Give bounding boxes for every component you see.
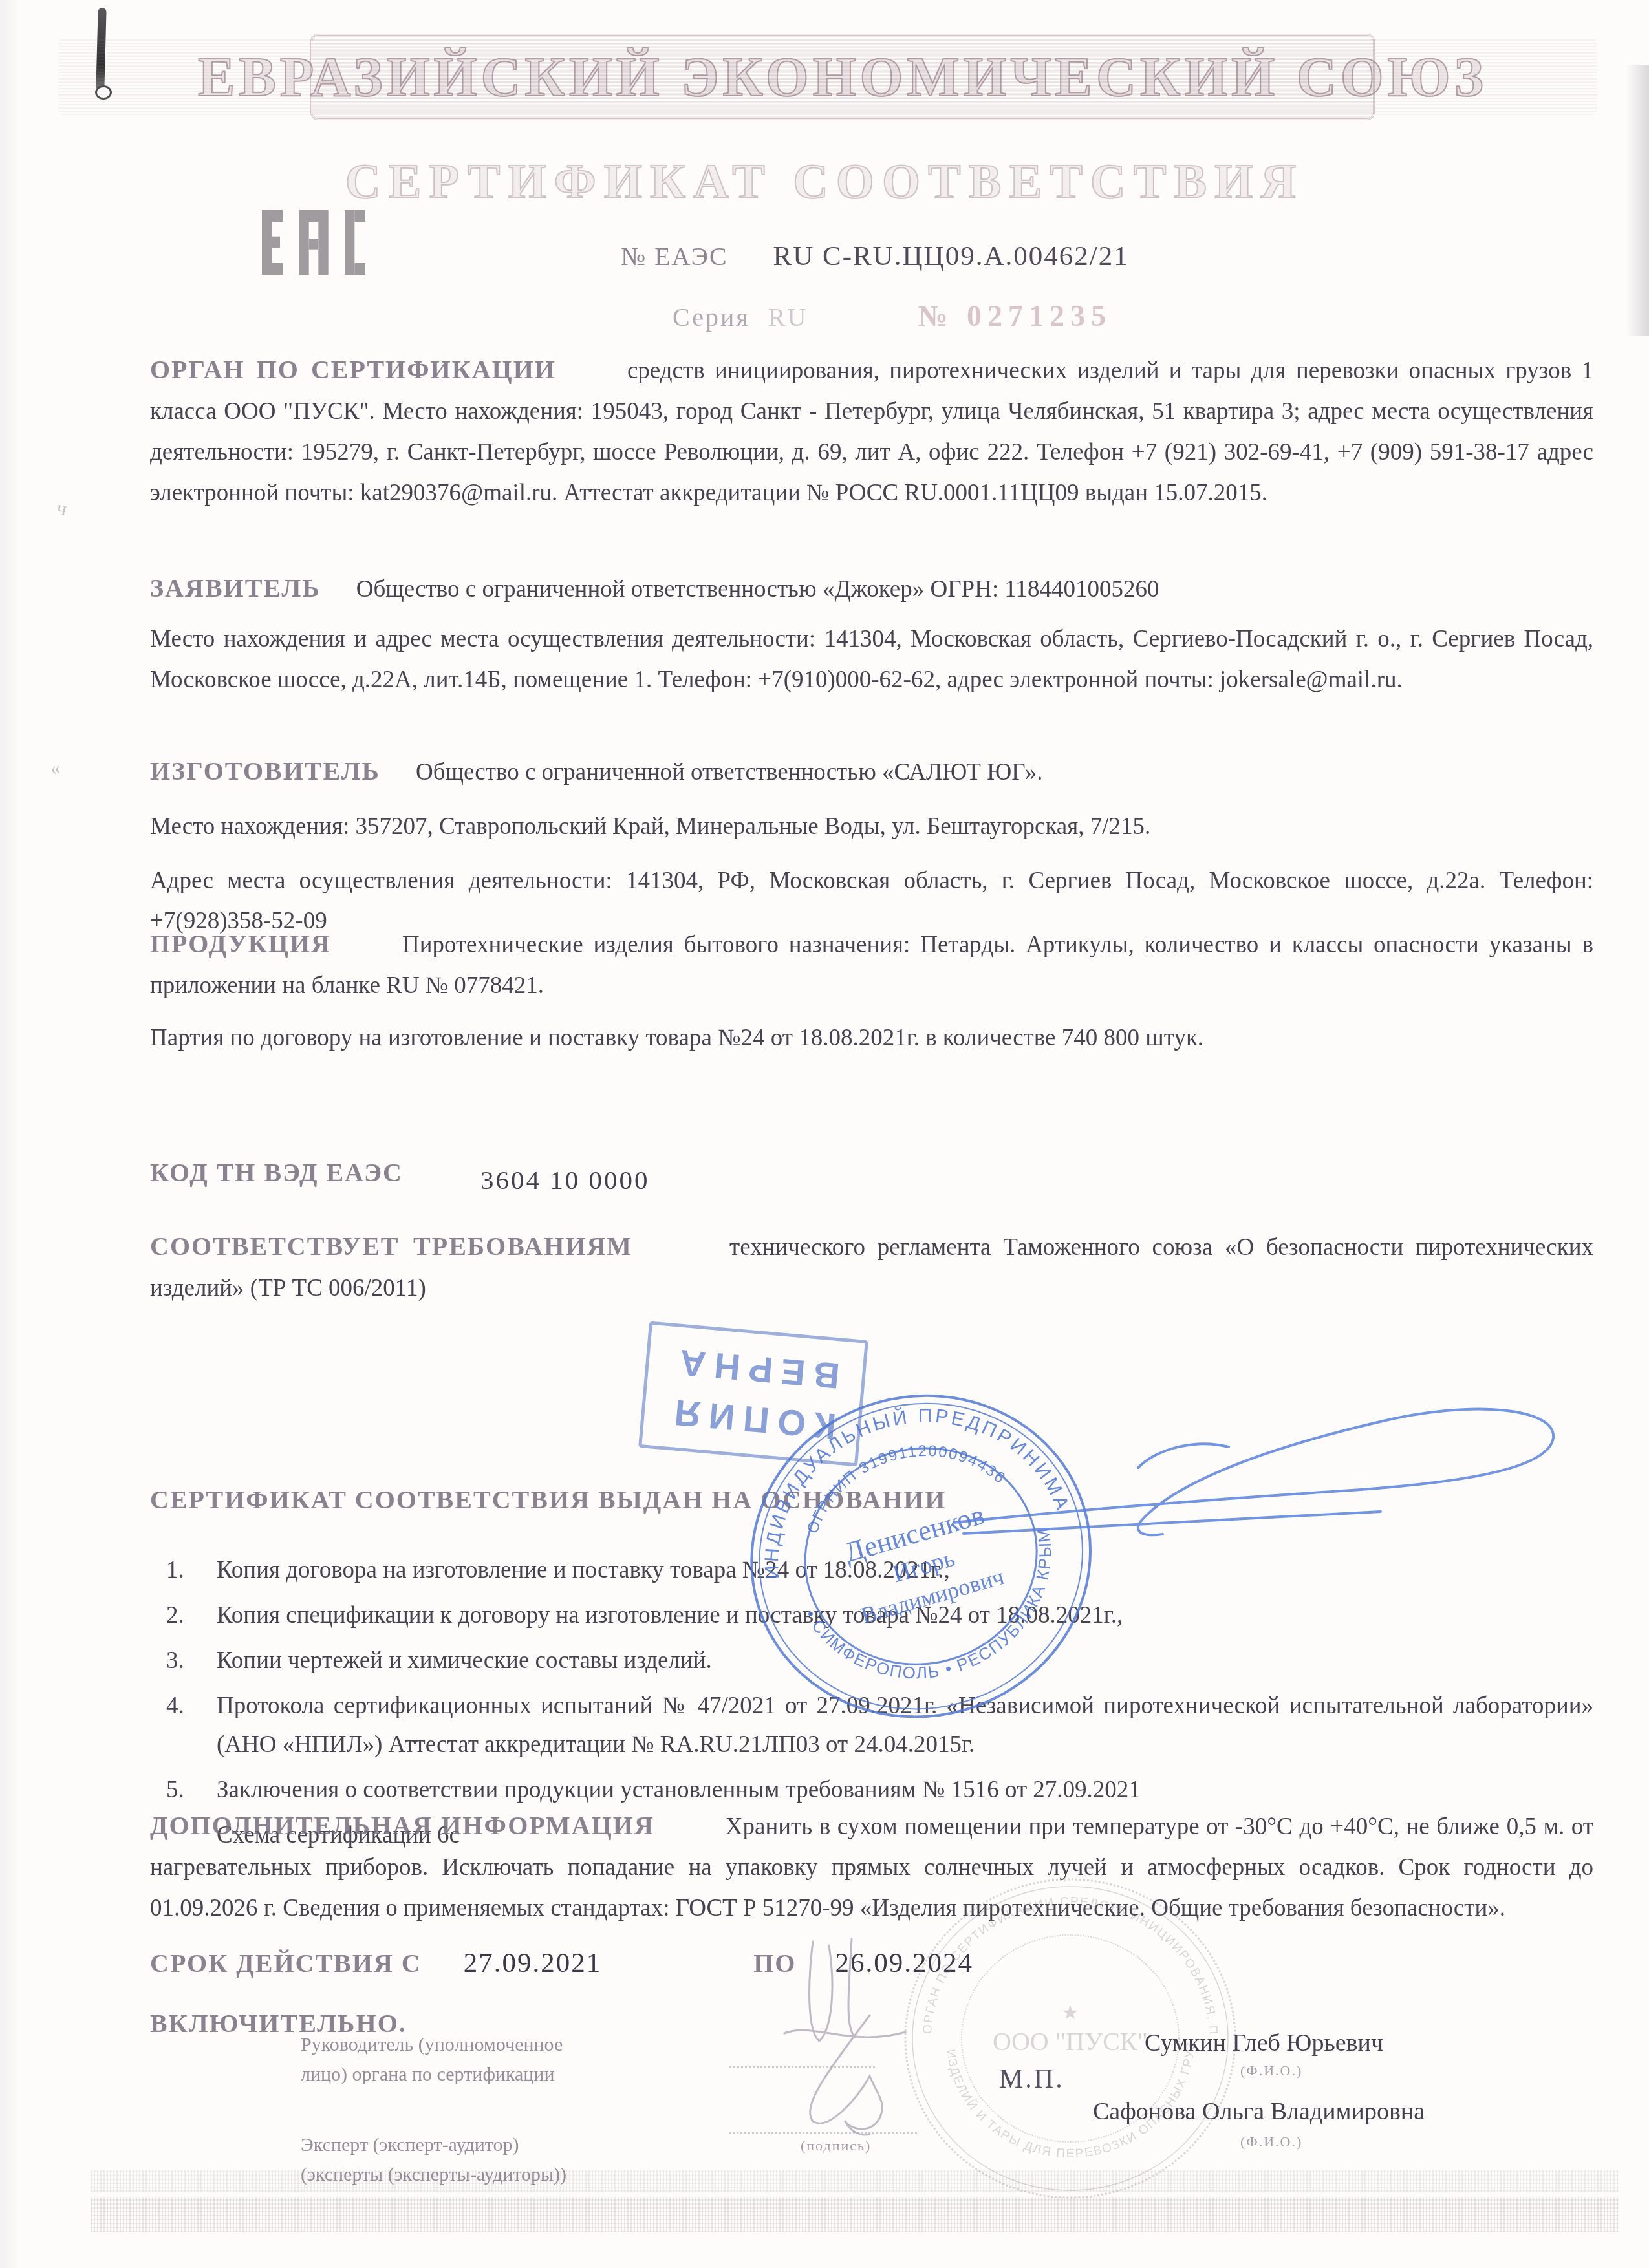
tnved-value: 3604 10 0000 bbox=[480, 1165, 650, 1195]
validity-label: СРОК ДЕЙСТВИЯ С bbox=[150, 1949, 422, 1978]
basis-item-text: Копии чертежей и химические составы изде… bbox=[217, 1647, 712, 1674]
section-label-org: ОРГАН ПО СЕРТИФИКАЦИИ bbox=[150, 355, 556, 384]
basis-item-num: 1. bbox=[166, 1551, 217, 1590]
org-stamp-arc-top: ОРГАН ПО СЕРТИФИКАЦИИ СРЕДСТВ ИНИЦИИРОВА… bbox=[896, 1872, 1220, 2036]
applicant-line1: Общество с ограниченной ответственностью… bbox=[356, 576, 1159, 603]
section-label-conforms: СООТВЕТСТВУЕТ ТРЕБОВАНИЯМ bbox=[150, 1232, 632, 1261]
eac-logo-icon bbox=[262, 194, 365, 291]
series-region: RU bbox=[768, 303, 808, 332]
section-label-extra: ДОПОЛНИТЕЛЬНАЯ ИНФОРМАЦИЯ bbox=[150, 1811, 654, 1840]
series-number: № 0271235 bbox=[918, 299, 1112, 332]
head-role-line1: Руководитель (уполномоченное bbox=[301, 2030, 563, 2060]
expert-role-line1: Эксперт (эксперт-аудитор) bbox=[301, 2130, 566, 2160]
section-label-tnved: КОД ТН ВЭД ЕАЭС bbox=[150, 1158, 403, 1187]
expert-fio-caption: (Ф.И.О.) bbox=[1240, 2134, 1302, 2150]
basis-item-text: Заключения о соответствии продукции уста… bbox=[217, 1777, 1141, 1803]
basis-item-num: 5. bbox=[166, 1771, 217, 1810]
org-round-stamp: ОРГАН ПО СЕРТИФИКАЦИИ СРЕДСТВ ИНИЦИИРОВА… bbox=[896, 1872, 1245, 2208]
guilloche-bottom-band-1 bbox=[91, 2170, 1619, 2192]
basis-item-num: 3. bbox=[166, 1642, 217, 1680]
section-applicant: ЗАЯВИТЕЛЬОбщество с ограниченной ответст… bbox=[150, 568, 1593, 709]
denisenkov-signature bbox=[925, 1371, 1591, 1578]
section-product: ПРОДУКЦИЯПиротехнические изделия бытовог… bbox=[150, 923, 1593, 1067]
series-label: Серия bbox=[673, 303, 750, 332]
section-extra-info: ДОПОЛНИТЕЛЬНАЯ ИНФОРМАЦИЯХранить в сухом… bbox=[150, 1805, 1593, 1938]
section-label-manufacturer: ИЗГОТОВИТЕЛЬ bbox=[150, 756, 380, 786]
section-conforms: СООТВЕТСТВУЕТ ТРЕБОВАНИЯМтехнического ре… bbox=[150, 1226, 1593, 1318]
number-label: № ЕАЭС bbox=[621, 242, 728, 271]
section-tnved: КОД ТН ВЭД ЕАЭС3604 10 0000 bbox=[150, 1152, 1593, 1194]
basis-item-num: 2. bbox=[166, 1596, 217, 1635]
number-value: RU С-RU.ЦЦ09.А.00462/21 bbox=[773, 241, 1129, 272]
eaeu-banner-text: ЕВРАЗИЙСКИЙ ЭКОНОМИЧЕСКИЙ СОЮЗ bbox=[198, 45, 1487, 109]
scan-artifact: ч bbox=[55, 497, 69, 520]
product-line1: Пиротехнические изделия бытового назначе… bbox=[150, 932, 1593, 999]
org-stamp-arc-bottom: ИЗДЕЛИЙ И ТАРЫ ДЛЯ ПЕРЕВОЗКИ ОПАСНЫХ ГРУ… bbox=[896, 1872, 1198, 2161]
org-stamp-center: ООО "ПУСК" bbox=[993, 2027, 1148, 2056]
eaeu-banner: ЕВРАЗИЙСКИЙ ЭКОНОМИЧЕСКИЙ СОЮЗ bbox=[310, 34, 1375, 120]
expert-signature bbox=[773, 1936, 928, 2156]
certificate-page: ч « ЕВРАЗИЙСКИЙ ЭКОНОМИЧЕСКИЙ СОЮЗ СЕРТИ… bbox=[0, 0, 1649, 2268]
section-label-applicant: ЗАЯВИТЕЛЬ bbox=[150, 573, 321, 603]
svg-text:ИЗДЕЛИЙ И ТАРЫ ДЛЯ ПЕРЕВОЗКИ О: ИЗДЕЛИЙ И ТАРЫ ДЛЯ ПЕРЕВОЗКИ ОПАСНЫХ ГРУ… bbox=[896, 1872, 1198, 2161]
manufacturer-line2: Место нахождения: 357207, Ставропольский… bbox=[150, 813, 1150, 840]
svg-text:ОРГАН ПО СЕРТИФИКАЦИИ СРЕДСТВ: ОРГАН ПО СЕРТИФИКАЦИИ СРЕДСТВ ИНИЦИИРОВА… bbox=[896, 1872, 1220, 2036]
basis-item-num: 4. bbox=[166, 1687, 217, 1726]
org-stamp-star: ★ bbox=[1062, 2002, 1079, 2024]
manufacturer-line1: Общество с ограниченной ответственностью… bbox=[416, 759, 1042, 786]
basis-item: 5.Заключения о соответствии продукции ус… bbox=[166, 1771, 1593, 1810]
product-line2: Партия по договору на изготовление и пос… bbox=[150, 1025, 1203, 1051]
section-manufacturer: ИЗГОТОВИТЕЛЬОбщество с ограниченной отве… bbox=[150, 751, 1593, 950]
head-role-line2: лицо) органа по сертификации bbox=[301, 2060, 563, 2090]
head-fio-caption: (Ф.И.О.) bbox=[1240, 2062, 1302, 2079]
applicant-line2: Место нахождения и адрес места осуществл… bbox=[150, 626, 1593, 693]
certificate-number-line: № ЕАЭСRU С-RU.ЦЦ09.А.00462/21 bbox=[621, 241, 1129, 272]
head-role-label: Руководитель (уполномоченное лицо) орган… bbox=[301, 2030, 563, 2090]
series-line: СерияRU№ 0271235 bbox=[673, 299, 1112, 333]
certificate-title: СЕРТИФИКАТ СООТВЕТСТВИЯ bbox=[0, 154, 1649, 210]
scan-artifact: « bbox=[49, 757, 62, 780]
validity-from-date: 27.09.2021 bbox=[464, 1948, 602, 1978]
section-label-product: ПРОДУКЦИЯ bbox=[150, 929, 331, 958]
section-certification-body: ОРГАН ПО СЕРТИФИКАЦИИсредств инициирован… bbox=[150, 349, 1593, 522]
guilloche-bottom-band-2 bbox=[91, 2197, 1619, 2232]
